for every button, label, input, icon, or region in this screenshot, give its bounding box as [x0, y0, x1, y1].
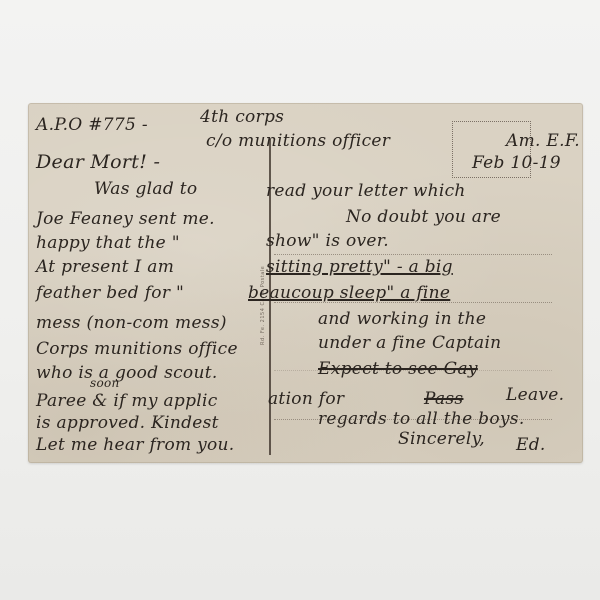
- body-line-7-right: under a fine Captain: [318, 335, 501, 352]
- body-line-3-left: happy that the ": [36, 235, 180, 252]
- body-line-9-struck: Pass: [424, 391, 463, 408]
- unit-name: 4th corps: [200, 109, 284, 126]
- body-line-9-left: Paree & if my applic: [36, 393, 218, 410]
- postcard-back: Rd. Fe. 2154 Carte Postale A.P.O #775 - …: [28, 103, 583, 463]
- inserted-word-soon: soon: [90, 377, 120, 389]
- body-line-1-right: read your letter which: [266, 183, 466, 200]
- letter-date: Feb 10-19: [472, 155, 561, 172]
- salutation: Dear Mort! -: [36, 153, 160, 172]
- body-line-10-left: is approved. Kindest: [36, 415, 219, 432]
- body-line-8-left: who is a good scout.: [36, 365, 218, 382]
- body-line-4-left: At present I am: [36, 259, 174, 276]
- body-line-2-left: Joe Feaney sent me.: [36, 211, 215, 228]
- body-line-7-left: Corps munitions office: [36, 341, 238, 358]
- body-line-6-left: mess (non-com mess): [36, 315, 227, 332]
- body-line-8-struck: Expect to see Gay: [318, 361, 478, 378]
- body-line-9-right: ation for: [268, 391, 344, 408]
- photo-backdrop: Rd. Fe. 2154 Carte Postale A.P.O #775 - …: [0, 0, 600, 600]
- body-line-6-right: and working in the: [318, 311, 486, 328]
- address-line-1: [274, 254, 552, 255]
- apo-number: A.P.O #775 -: [36, 117, 148, 134]
- body-line-3-right: show" is over.: [266, 233, 389, 250]
- body-line-4-right: sitting pretty" - a big: [266, 259, 453, 276]
- body-line-11-left: Let me hear from you.: [36, 437, 235, 454]
- signature: Ed.: [516, 437, 546, 454]
- body-line-9-end: Leave.: [506, 387, 564, 404]
- expeditionary-force: Am. E.F.: [506, 133, 580, 150]
- body-line-5-right: beaucoup sleep" a fine: [248, 285, 450, 302]
- body-line-1-left: Was glad to: [94, 181, 197, 198]
- body-line-10-right: regards to all the boys.: [318, 411, 525, 428]
- body-line-5-left: feather bed for ": [36, 285, 184, 302]
- care-of-line: c/o munitions officer: [206, 133, 390, 150]
- closing: Sincerely,: [398, 431, 485, 448]
- body-line-2-right: No doubt you are: [346, 209, 501, 226]
